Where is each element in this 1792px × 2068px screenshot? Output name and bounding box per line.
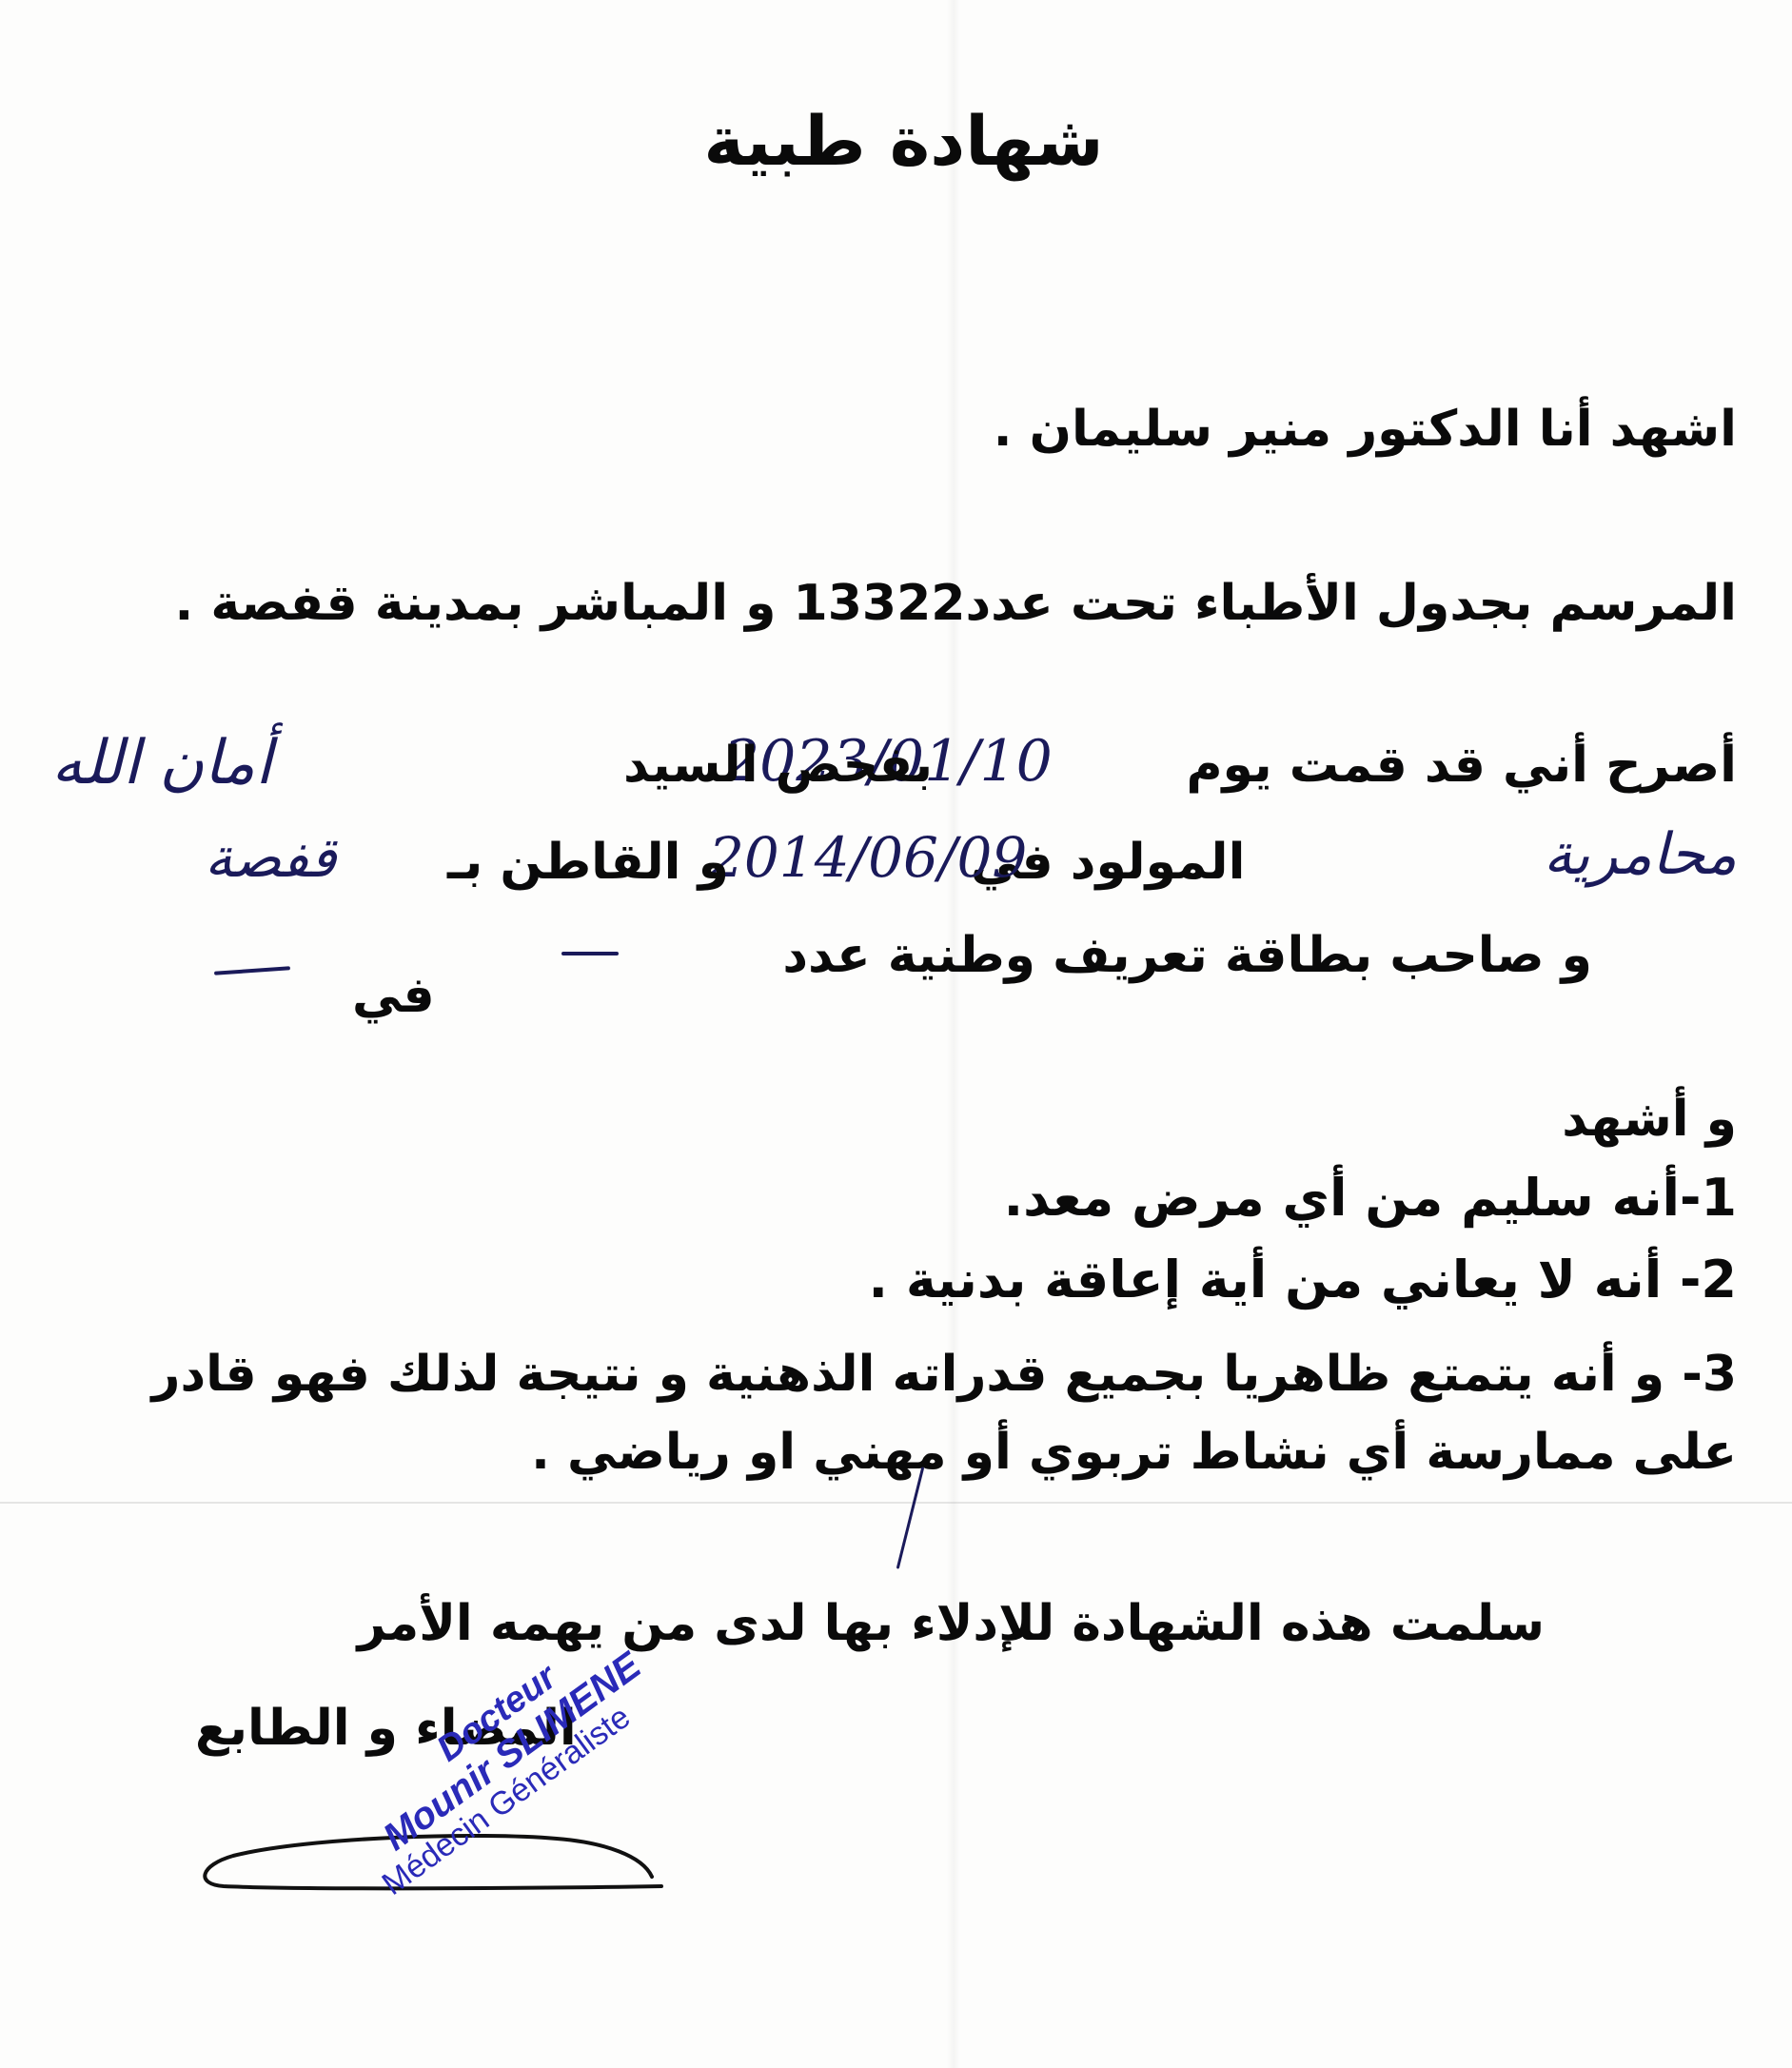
handwritten-strike-mark <box>896 1467 925 1568</box>
handwritten-patient-first-name: أمان الله <box>19 733 305 794</box>
exam-statement: أصرح أني قد قمت يوم <box>1186 740 1737 790</box>
paper-fold-vertical <box>947 0 960 2068</box>
exam-patient-label: بفحص السيد <box>666 740 933 790</box>
handwritten-id-dash <box>561 952 619 955</box>
doctor-declaration: اشهد أنا الدكتور منير سليمان . <box>994 404 1737 454</box>
attest-heading: و أشهد <box>1562 1094 1737 1144</box>
handwritten-residence: قفصة <box>205 830 336 885</box>
registration-line: المرسم بجدول الأطباء تحت عدد13322 و المب… <box>175 579 1737 628</box>
id-issued-label: في <box>352 971 435 1020</box>
residence-label: و القاطن بـ <box>447 837 729 887</box>
paper-fold-horizontal <box>0 1502 1792 1504</box>
id-card-line: و صاحب بطاقة تعريف وطنية عدد <box>782 931 1592 980</box>
document-title: شهادة طبية <box>0 107 1792 175</box>
handwritten-issued-dash <box>214 966 290 975</box>
attest-item-2: 2- أنه لا يعاني من أية إعاقة بدنية . <box>869 1254 1737 1306</box>
handwritten-patient-last-name: محامرية <box>1544 826 1737 883</box>
closing-statement: سلمت هذه الشهادة للإدلاء بها لدى من يهمه… <box>358 1599 1545 1648</box>
handwritten-birth-date: 2014/06/09 <box>709 830 1027 885</box>
attest-item-3: 3- و أنه يتمتع ظاهريا بجميع قدراته الذهن… <box>152 1349 1737 1399</box>
attest-item-3-cont: على ممارسة أي نشاط تربوي أو مهني او رياض… <box>531 1428 1737 1477</box>
attest-item-1: 1-أنه سليم من أي مرض معد. <box>1004 1172 1737 1224</box>
